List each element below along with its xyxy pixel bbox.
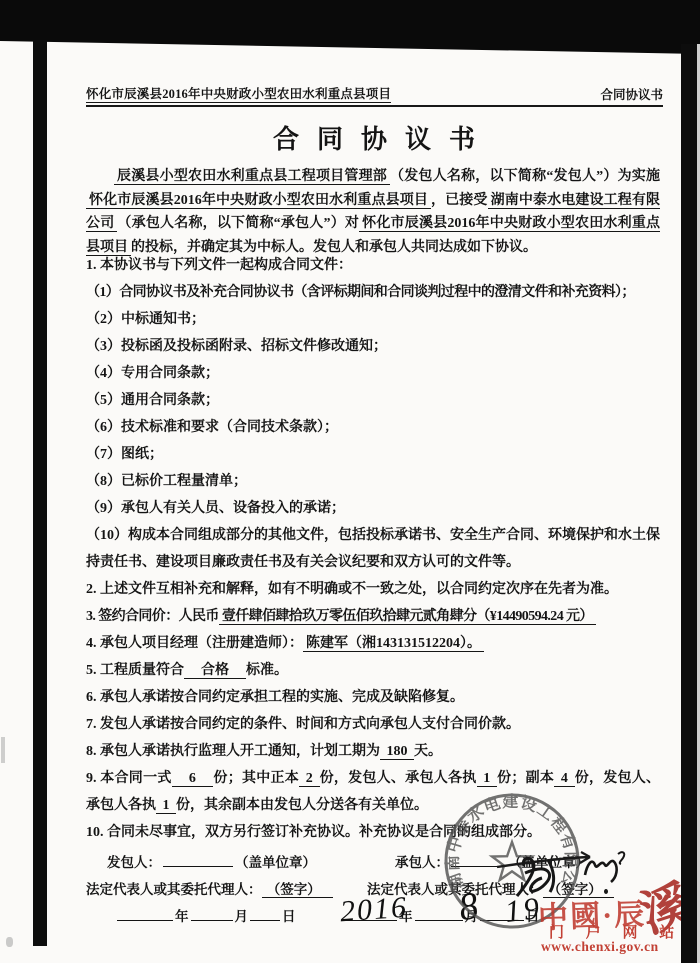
employer-sign-note: （签字） (262, 882, 333, 898)
underlined-text-segment: 陈建军（湘143131512204）。 (303, 636, 484, 652)
clause: 8. 承包人承诺执行监理人开工通知，计划工期为 180 天。 (86, 738, 660, 765)
header-project-title: 怀化市辰溪县2016年中央财政小型农田水利重点县项目 (86, 84, 391, 103)
text-segment: 8. 承包人承诺执行监理人开工通知，计划工期为 (86, 744, 380, 759)
clause: 5. 工程质量符合 合格 标准。 (86, 657, 660, 684)
text-segment: 5. 工程质量符合 (86, 663, 184, 678)
employer-name-blank (163, 852, 233, 867)
clause: 6. 承包人承诺按合同约定承担工程的实施、完成及缺陷修复。 (86, 684, 660, 711)
underlined-text-segment: 180 (380, 744, 414, 760)
handwritten-year: 2016 (339, 891, 409, 930)
text-segment: （发包人名称，以下简称“发包人”）为实施 (390, 169, 660, 184)
text-segment: （4）专用合同条款； (86, 366, 219, 381)
text-segment: （6）技术标准和要求（合同技术条款）； (86, 420, 338, 435)
clause: （5）通用合同条款； (86, 387, 660, 414)
scan-edge-right (681, 44, 697, 963)
text-segment: （8）已标价工程量清单； (86, 474, 247, 489)
underlined-text-segment: 怀化市辰溪县2016年中央财政小型农田水利重点县项目 (86, 193, 431, 209)
underlined-text-segment: 6 (172, 771, 214, 787)
scanned-contract-page: 怀化市辰溪县2016年中央财政小型农田水利重点县项目 合同协议书 合同协议书 辰… (0, 0, 700, 963)
text-segment: 2. 上述文件互相补充和解释，如有不明确或不一致之处，以合同约定次序在先者为准。 (86, 582, 618, 597)
clause: （3）投标函及投标函附录、招标文件修改通知； (86, 333, 660, 360)
clause: （6）技术标准和要求（合同技术条款）； (86, 414, 660, 441)
clause-list: 1. 本协议书与下列文件一起构成合同文件：（1）合同协议书及补充合同协议书（含评… (86, 252, 660, 846)
text-segment: 份，发包人、承包人各执 (320, 771, 477, 786)
text-segment: 天。 (414, 744, 442, 759)
text-segment: ，已接受 (431, 193, 488, 208)
text-segment: 7. 发包人承诺按合同约定的条件、时间和方式向承包人支付合同价款。 (86, 717, 520, 732)
text-segment: 标准。 (246, 663, 288, 678)
scan-speck (6, 937, 13, 947)
text-segment: 份，其余副本由发包人分送各有关单位。 (176, 798, 428, 813)
day-label: 日 (282, 909, 296, 924)
month-label: 月 (235, 909, 249, 924)
text-segment: （3）投标函及投标函附录、招标文件修改通知； (86, 339, 387, 354)
text-segment: （承包人名称，以下简称“承包人”）对 (117, 216, 359, 231)
text-segment: （1）合同协议书及补充合同协议书（含评标期间和合同谈判过程中的澄清文件和补充资料… (86, 285, 635, 300)
scan-edge-left (33, 40, 47, 946)
underlined-text-segment: 辰溪县小型农田水利重点县工程项目管理部 (114, 169, 390, 185)
text-segment: 1. 本协议书与下列文件一起构成合同文件： (86, 258, 352, 273)
clause: （2）中标通知书； (86, 306, 660, 333)
text-segment: 9. 本合同一式 (86, 771, 172, 786)
text-segment: 份；副本 (497, 771, 554, 786)
text-segment: （2）中标通知书； (86, 312, 205, 327)
clause: 7. 发包人承诺按合同约定的条件、时间和方式向承包人支付合同价款。 (86, 711, 660, 738)
clause: （7）图纸； (86, 441, 660, 468)
scan-edge-top (0, 0, 700, 54)
clause: （4）专用合同条款； (86, 360, 660, 387)
clause: （10）构成本合同组成部分的其他文件，包括投标承诺书、安全生产合同、环境保护和水… (86, 522, 660, 576)
scan-speck (1, 737, 5, 763)
handwritten-signature (490, 840, 650, 902)
header-doc-type: 合同协议书 (600, 85, 663, 103)
clause: （8）已标价工程量清单； (86, 468, 660, 495)
employer-year-blank (117, 906, 173, 921)
document-title: 合同协议书 (86, 119, 662, 156)
page-header: 怀化市辰溪县2016年中央财政小型农田水利重点县项目 合同协议书 (86, 84, 663, 107)
text-segment: 3. 签约合同价：人民币 (86, 609, 219, 624)
text-segment: 6. 承包人承诺按合同约定承担工程的实施、完成及缺陷修复。 (86, 690, 464, 705)
clause: 1. 本协议书与下列文件一起构成合同文件： (86, 252, 660, 279)
clause: （1）合同协议书及补充合同协议书（含评标期间和合同谈判过程中的澄清文件和补充资料… (86, 279, 660, 306)
text-segment: （7）图纸； (86, 447, 163, 462)
underlined-text-segment: 2 (299, 771, 320, 787)
underlined-text-segment: 4 (554, 771, 575, 787)
employer-rep-label: 法定代表人或其委托代理人： (86, 882, 262, 897)
year-label: 年 (175, 909, 189, 924)
text-segment: （9）承包人有关人员、设备投入的承诺； (86, 501, 345, 516)
underlined-text-segment: 壹仟肆佰肆拾玖万零伍佰玖拾肆元贰角肆分（¥14490594.24 元） (219, 609, 596, 625)
employer-label: 发包人： (107, 855, 161, 870)
employer-day-blank (250, 906, 280, 921)
intro-paragraph: 辰溪县小型农田水利重点县工程项目管理部（发包人名称，以下简称“发包人”）为实施怀… (86, 165, 660, 259)
clause: 3. 签约合同价：人民币壹仟肆佰肆拾玖万零伍佰玖拾肆元贰角肆分（¥1449059… (86, 603, 660, 630)
underlined-text-segment: 1 (477, 771, 498, 787)
text-segment: 4. 承包人项目经理（注册建造师）： (86, 636, 303, 651)
clause: 2. 上述文件互相补充和解释，如有不明确或不一致之处，以合同约定次序在先者为准。 (86, 576, 660, 603)
text-segment: 份；其中正本 (213, 771, 299, 786)
underlined-text-segment: 合格 (184, 663, 246, 679)
underlined-text-segment: 1 (156, 798, 176, 814)
employer-seal-note: （盖单位章） (235, 855, 316, 870)
clause: 4. 承包人项目经理（注册建造师）：陈建军（湘143131512204）。 (86, 630, 660, 657)
clause: （9）承包人有关人员、设备投入的承诺； (86, 495, 660, 522)
text-segment: （5）通用合同条款； (86, 393, 219, 408)
contractor-label: 承包人： (395, 855, 449, 870)
text-segment: （10）构成本合同组成部分的其他文件，包括投标承诺书、安全生产合同、环境保护和水… (86, 528, 660, 570)
watermark-site-url: www.chenxi.gov.cn (541, 939, 659, 955)
employer-month-blank (191, 906, 233, 921)
